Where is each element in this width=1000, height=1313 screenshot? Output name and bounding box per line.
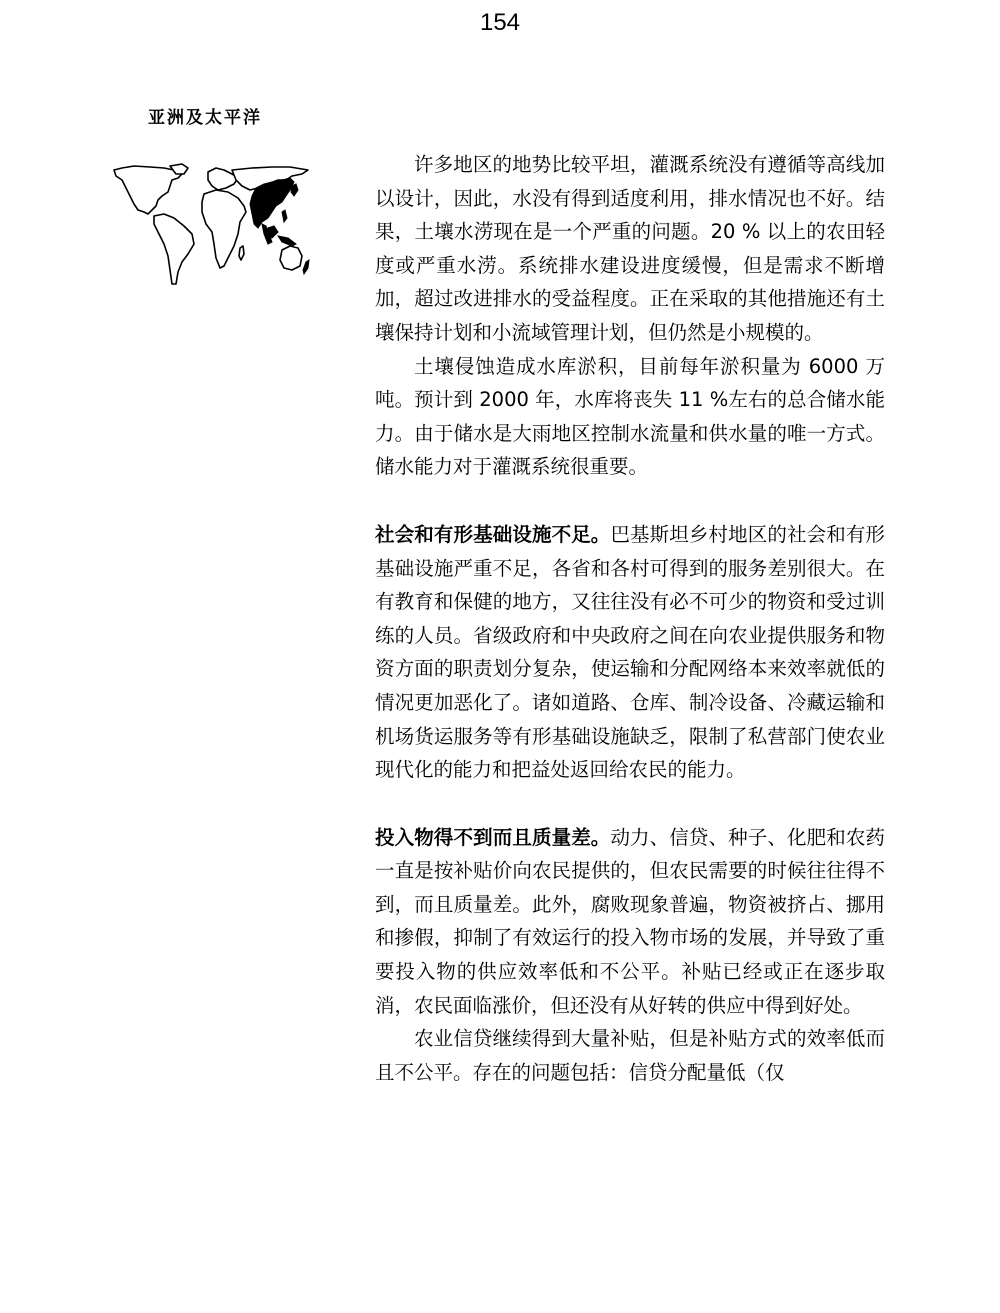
north-america-shape	[114, 166, 182, 214]
philippines-highlight-shape	[282, 210, 287, 222]
nz-highlight-shape	[303, 260, 309, 274]
section-heading: 社会和有形基础设施不足。	[375, 523, 610, 546]
paragraph-text: 农业信贷继续得到大量补贴，但是补贴方式的效率低而且不公平。存在的问题包括：信贷分…	[375, 1027, 885, 1084]
paragraph-text: 巴基斯坦乡村地区的社会和有形基础设施严重不足，各省和各村可得到的服务差别很大。在…	[375, 523, 885, 781]
paragraph-inputs: 投入物得不到而且质量差。动力、信贷、种子、化肥和农药一直是按补贴价向农民提供的，…	[375, 821, 885, 1023]
australia-shape	[280, 246, 302, 270]
madagascar-shape	[239, 246, 244, 260]
paragraph-credit: 农业信贷继续得到大量补贴，但是补贴方式的效率低而且不公平。存在的问题包括：信贷分…	[375, 1022, 885, 1089]
region-title: 亚洲及太平洋	[148, 103, 262, 128]
south-america-shape	[154, 214, 194, 284]
paragraph-text: 许多地区的地势比较平坦，灌溉系统没有遵循等高线加以设计，因此，水没有得到适度利用…	[375, 153, 885, 344]
paragraph-text: 动力、信贷、种子、化肥和农药一直是按补贴价向农民提供的，但农民需要的时候往往得不…	[375, 826, 885, 1017]
section-gap	[375, 484, 885, 518]
section-gap	[375, 787, 885, 821]
page-number: 154	[0, 8, 1000, 38]
body-text: 许多地区的地势比较平坦，灌溉系统没有遵循等高线加以设计，因此，水没有得到适度利用…	[375, 148, 885, 1089]
paragraph-infrastructure: 社会和有形基础设施不足。巴基斯坦乡村地区的社会和有形基础设施严重不足，各省和各村…	[375, 518, 885, 787]
paragraph-text: 土壤侵蚀造成水库淤积，目前每年淤积量为 6000 万吨。预计到 2000 年，水…	[375, 355, 885, 479]
world-map-icon	[112, 150, 312, 285]
japan-highlight-shape	[291, 184, 298, 196]
section-heading: 投入物得不到而且质量差。	[375, 826, 610, 849]
indonesia2-highlight-shape	[278, 236, 296, 246]
paragraph-drainage: 许多地区的地势比较平坦，灌溉系统没有遵循等高线加以设计，因此，水没有得到适度利用…	[375, 148, 885, 350]
paragraph-reservoir-silting: 土壤侵蚀造成水库淤积，目前每年淤积量为 6000 万吨。预计到 2000 年，水…	[375, 350, 885, 484]
